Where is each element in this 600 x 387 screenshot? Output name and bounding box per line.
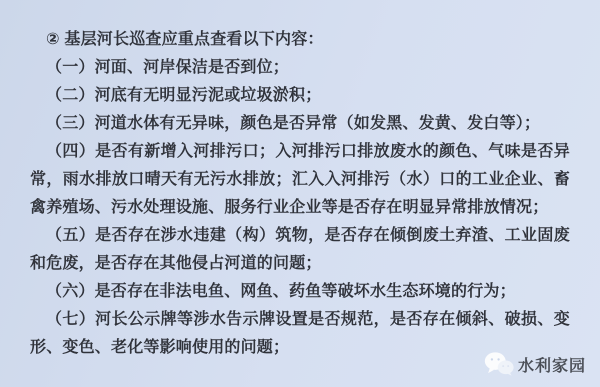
watermark: 水利家园 (484, 351, 586, 377)
checklist-item-1: （一）河面、河岸保洁是否到位； (30, 54, 570, 82)
checklist-item-2: （二）河底有无明显污泥或垃圾淤积； (30, 82, 570, 110)
wechat-logo-icon (484, 351, 514, 377)
checklist-item-6: （六）是否存在非法电鱼、网鱼、药鱼等破坏水生态环境的行为； (30, 278, 570, 306)
checklist-item-5: （五）是否存在涉水违建（构）筑物，是否存在倾倒废土弃渣、工业固废和危废，是否存在… (30, 222, 570, 278)
article-page: ② 基层河长巡查应重点查看以下内容： （一）河面、河岸保洁是否到位； （二）河底… (0, 0, 600, 387)
inspection-checklist: ② 基层河长巡查应重点查看以下内容： （一）河面、河岸保洁是否到位； （二）河底… (30, 26, 570, 362)
watermark-label: 水利家园 (518, 353, 586, 376)
section-heading: ② 基层河长巡查应重点查看以下内容： (30, 26, 570, 54)
checklist-item-4: （四）是否有新增入河排污口；入河排污口排放废水的颜色、气味是否异常，雨水排放口晴… (30, 138, 570, 222)
checklist-item-3: （三）河道水体有无异味，颜色是否异常（如发黑、发黄、发白等）； (30, 110, 570, 138)
